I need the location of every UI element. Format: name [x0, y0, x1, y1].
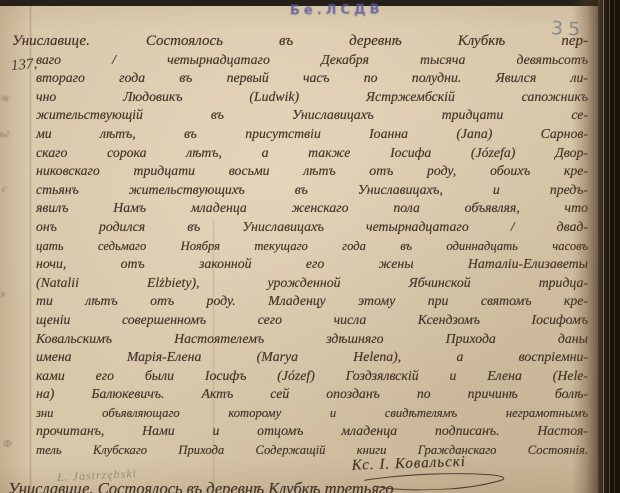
page-edge-line	[603, 0, 604, 493]
priest-signature-text: Кс. І. Ковальскі	[351, 454, 466, 474]
ink-bleed-mark: ѣг	[0, 127, 10, 140]
paper-crease-left	[30, 6, 31, 493]
text-line: ти лѣтъ отъ роду. Младенцу этому при свя…	[36, 292, 588, 311]
text-line: скаго сорока лѣтъ, а также Іосифа (Józef…	[36, 144, 588, 163]
text-line: щеніи совершенномъ сего числа Ксендзомъ …	[36, 311, 588, 330]
record-number: 137,	[10, 56, 38, 75]
ink-bleed-mark: э	[0, 288, 6, 301]
text-line: Униславице. Состоялось въ деревнѣ Клубкѣ…	[12, 32, 588, 51]
ink-bleed-mark: Ф	[2, 437, 12, 450]
text-line: чно Людовикъ (Ludwik) Ястржембскій сапож…	[36, 88, 588, 107]
text-line: ми лѣтъ, въ присутствіи Іоанна (Jana) Са…	[36, 125, 588, 144]
text-line: жительствующій въ Униславицахъ тридцати …	[36, 106, 588, 125]
text-line: онъ родился въ Униславицахъ четырнадцата…	[36, 218, 588, 237]
next-record-partial-line: Униславице. Состоялось въ деревнѣ Клубкѣ…	[8, 479, 608, 493]
text-line: (Natalii Elżbiety), урожденной Ябчинской…	[36, 274, 588, 293]
archive-stamp: Бе.ЛСДВ	[290, 3, 384, 19]
text-line: явилъ Намъ младенца женскаго пола объявл…	[36, 199, 588, 218]
text-line: никовскаго тридцати восьми лѣтъ отъ роду…	[36, 162, 588, 181]
text-line: зни объявляющаго которому и свидѣтелямъ …	[36, 404, 588, 423]
text-line: прочитанъ, Нами и отцомъ младенца подпис…	[36, 422, 588, 441]
text-line: стьянъ жительствующихъ въ Униславицахъ, …	[36, 181, 588, 200]
text-line: Ковальскимъ Настоятелемъ здѣшняго Приход…	[36, 330, 588, 349]
page-edge-shadow	[572, 0, 598, 493]
book-binding	[598, 0, 620, 493]
ink-bleed-mark: с	[2, 183, 7, 195]
text-line: ночи, отъ законной его жены Наталіи-Елиз…	[36, 255, 588, 274]
text-line: на) Балюкевичъ. Актъ сей опозданъ по при…	[36, 385, 588, 404]
ink-bleed-mark: ж	[0, 91, 11, 104]
record-text: Униславице. Состоялось въ деревнѣ Клубкѣ…	[36, 32, 588, 460]
document-scan-page: Бе.ЛСДВ 35 137, ж ѣг с э Ф Униславице. С…	[0, 0, 620, 493]
text-line: ками его были Іосифъ (Józef) Гоздзялвскі…	[36, 367, 588, 386]
text-line: втораго года въ первый часъ по полудни. …	[36, 69, 588, 88]
text-line: цать седьмаго Ноября текущаго года въ од…	[36, 237, 588, 256]
text-line: имена Марія-Елена (Marya Helena), а восп…	[36, 348, 588, 367]
text-line: ваго / четырнадцатаго Декабря тысяча дев…	[36, 51, 588, 70]
page-edge-line	[614, 0, 615, 493]
page-edge-line	[609, 0, 610, 493]
